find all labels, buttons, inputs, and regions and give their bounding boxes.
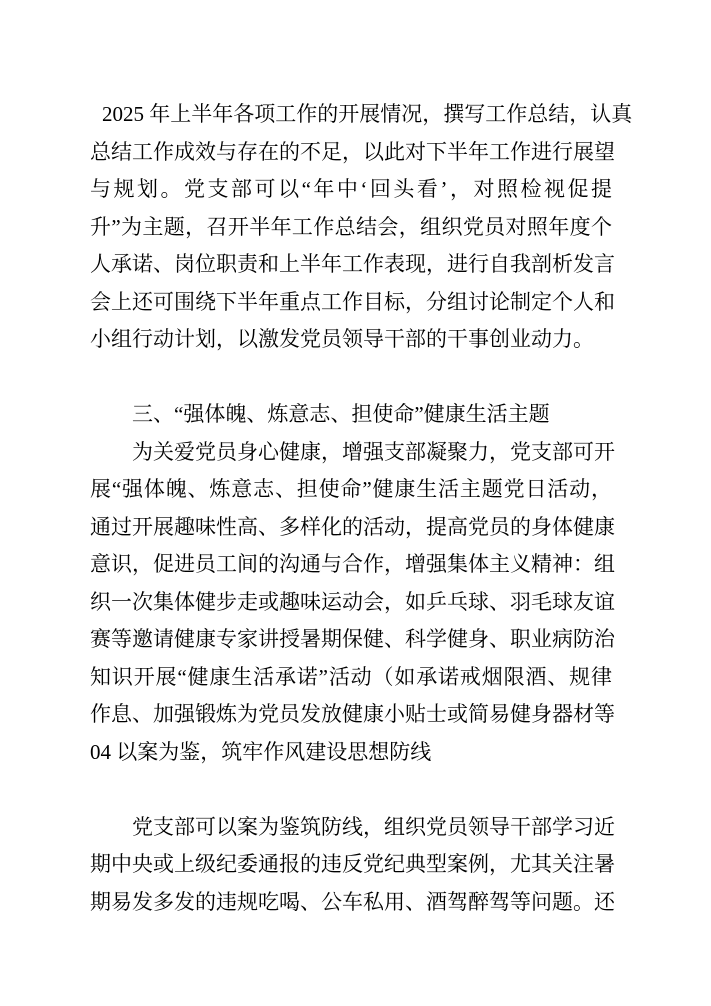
paragraph-health-theme: 为关爱党员身心健康，增强支部凝聚力，党支部可开 展“强体魄、炼意志、担使命”健康… (90, 434, 612, 772)
text-line: 作息、加强锻炼为党员发放健康小贴士或简易健身器材等 (90, 696, 612, 734)
text-line: 升”为主题，召开半年工作总结会，组织党员对照年度个 (90, 209, 612, 247)
document-page: 2025 年上半年各项工作的开展情况，撰写工作总结，认真 总结工作成效与存在的不… (0, 0, 711, 1006)
section-heading: 三、“强体魄、炼意志、担使命”健康生活主题 (90, 396, 612, 434)
text-line: 织一次集体健步走或趣味运动会，如乒乓球、羽毛球友谊 (90, 584, 612, 622)
text-line-04-heading: 04 以案为鉴，筑牢作风建设思想防线 (90, 734, 612, 772)
text-line: 为关爱党员身心健康，增强支部凝聚力，党支部可开 (90, 434, 612, 472)
paragraph-case-warning: 党支部可以案为鉴筑防线，组织党员领导干部学习近 期中央或上级纪委通报的违反党纪典… (90, 809, 612, 922)
text-line: 2025 年上半年各项工作的开展情况，撰写工作总结，认真 (90, 96, 612, 134)
paragraph-continuation: 2025 年上半年各项工作的开展情况，撰写工作总结，认真 总结工作成效与存在的不… (90, 96, 612, 359)
text-line: 会上还可围绕下半年重点工作目标，分组讨论制定个人和 (90, 284, 612, 322)
text-line: 与规划。党支部可以“年中‘回头看’，对照检视促提 (90, 171, 612, 209)
text-line: 意识，促进员工间的沟通与合作，增强集体主义精神：组 (90, 546, 612, 584)
text-line: 小组行动计划，以激发党员领导干部的干事创业动力。 (90, 321, 612, 359)
text-line: 通过开展趣味性高、多样化的活动，提高党员的身体健康 (90, 509, 612, 547)
text-line: 党支部可以案为鉴筑防线，组织党员领导干部学习近 (90, 809, 612, 847)
text-line: 总结工作成效与存在的不足，以此对下半年工作进行展望 (90, 134, 612, 172)
blank-line (90, 771, 612, 809)
text-line: 赛等邀请健康专家讲授暑期保健、科学健身、职业病防治 (90, 621, 612, 659)
text-line: 期易发多发的违规吃喝、公车私用、酒驾醉驾等问题。还 (90, 884, 612, 922)
text-line: 期中央或上级纪委通报的违反党纪典型案例，尤其关注暑 (90, 846, 612, 884)
text-line: 知识开展“健康生活承诺”活动（如承诺戒烟限酒、规律 (90, 659, 612, 697)
text-line: 人承诺、岗位职责和上半年工作表现，进行自我剖析发言 (90, 246, 612, 284)
text-line: 展“强体魄、炼意志、担使命”健康生活主题党日活动， (90, 471, 612, 509)
blank-line (90, 359, 612, 397)
